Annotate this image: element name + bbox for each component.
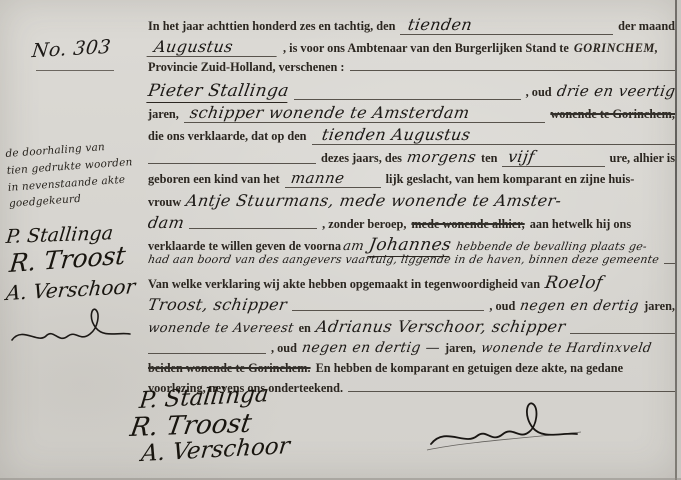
- body-line-8: geboren een kind van het manne lijk gesl…: [148, 170, 675, 188]
- entry-witness2-age: negen en dertig —: [301, 340, 442, 356]
- printed-text: , oud: [526, 85, 552, 99]
- blank-line: [348, 389, 675, 392]
- blank-line: [350, 68, 675, 71]
- printed-text: vrouw: [148, 195, 181, 209]
- printed-text: Provincie Zuid-Holland, verschenen :: [148, 60, 345, 74]
- municipality-name: GORINCHEM,: [574, 41, 659, 55]
- printed-text: der maand: [618, 19, 675, 33]
- blank-line: [294, 97, 521, 100]
- printed-text: jaren,: [148, 107, 179, 121]
- entry-witness1-age: negen en dertig: [519, 298, 640, 314]
- margin-signature-verschoor: A. Verschoor: [5, 274, 137, 305]
- body-line-7: dezes jaars, des morgens ten vijf ure, a…: [148, 148, 675, 167]
- body-line-12: had aan boord van des aangevers vaartuig…: [148, 254, 675, 267]
- gender-blank: manne: [285, 170, 381, 188]
- act-number: No. 303: [31, 36, 112, 62]
- blank-line: [148, 351, 266, 354]
- printed-text: Van welke verklaring wij akte hebben opg…: [148, 277, 540, 291]
- body-line-2: Augustus , is voor ons Ambtenaar van den…: [148, 38, 675, 57]
- entry-act-day: tienden: [399, 16, 482, 34]
- entry-witness1-residence: wonende te Avereest: [147, 322, 295, 337]
- body-line-9: vrouw Antje Stuurmans, mede wonende te A…: [148, 192, 675, 210]
- registrar-signature-flourish: [425, 398, 585, 456]
- body-line-6: die ons verklaarde, dat op den tienden A…: [148, 126, 675, 145]
- entry-mother-name-residence: Antje Stuurmans, mede wonende te Amster-: [185, 192, 563, 210]
- date-day-blank: tienden: [400, 16, 613, 35]
- blank-line: [189, 226, 317, 229]
- body-line-13: Van welke verklaring wij akte hebben opg…: [148, 274, 675, 294]
- entry-birth-date: tienden Augustus: [310, 126, 471, 144]
- occupation-residence-blank: schipper wonende te Amsterdam: [184, 104, 545, 123]
- printed-text: geboren een kind van het: [148, 172, 280, 186]
- struck-printed-text: beiden wonende te Gorinchem.: [148, 361, 311, 375]
- margin-note: de doorhaling van tien gedrukte woorden …: [5, 137, 135, 213]
- entry-time-of-day: morgens: [406, 149, 478, 166]
- entry-witness1-surname-occupation: Troost, schipper: [147, 296, 289, 314]
- body-line-3: Provincie Zuid-Holland, verschenen :: [148, 60, 675, 74]
- margin-registrar-signature-flourish: [8, 304, 138, 350]
- entry-hour: vijf: [501, 148, 537, 166]
- scan-edge-line: [675, 0, 677, 480]
- printed-text: ten: [481, 151, 497, 165]
- body-line-14: Troost, schipper , oud negen en dertig j…: [148, 296, 675, 314]
- printed-text: aan hetwelk hij ons: [530, 217, 631, 231]
- printed-text: jaren,: [445, 341, 476, 355]
- body-line-5: jaren, schipper wonende te Amsterdam won…: [148, 104, 675, 123]
- blank-line: [570, 331, 675, 334]
- printed-text: , zonder beroep,: [322, 217, 406, 231]
- printed-text: die ons verklaarde, dat op den: [148, 129, 307, 143]
- entry-act-month: Augustus: [146, 38, 279, 57]
- hour-blank: vijf: [502, 148, 604, 167]
- entry-declarant-occupation-residence: schipper wonende te Amsterdam: [182, 104, 470, 122]
- struck-printed-text: mede wonende alhier,: [411, 217, 524, 231]
- scan-edge-light: [677, 0, 681, 480]
- body-line-15: wonende te Avereest en Adrianus Verschoo…: [148, 318, 675, 337]
- birth-certificate-scan: No. 303 de doorhaling van tien gedrukte …: [0, 0, 681, 480]
- printed-text: en: [299, 321, 311, 335]
- printed-text: lijk geslacht, van hem komparant en zijn…: [386, 172, 635, 186]
- body-line-10: dam , zonder beroep, mede wonende alhier…: [148, 214, 675, 232]
- struck-printed-text: wonende te Gorinchem,: [550, 107, 675, 121]
- body-line-1: In het jaar achttien honderd zes en tach…: [148, 16, 675, 38]
- entry-birth-location-note-2: had aan boord van des aangevers vaartuig…: [147, 254, 660, 267]
- entry-witness2-residence: wonende te Hardinxveld: [480, 342, 653, 357]
- blank-line: [664, 261, 675, 264]
- body-line-4: Pieter Stallinga , oud drie en veertig: [148, 82, 675, 103]
- blank-line: [292, 308, 484, 311]
- entry-gender: manne: [283, 170, 345, 187]
- printed-text: In het jaar achttien honderd zes en tach…: [148, 19, 395, 33]
- entry-declarant-name: Pieter Stallinga: [146, 82, 290, 103]
- entry-mother-residence-cont: dam: [147, 214, 186, 232]
- birth-date-blank: tienden Augustus: [312, 126, 675, 145]
- printed-text: , is voor ons Ambtenaar van den Burgerli…: [283, 41, 569, 55]
- blank-line: [148, 161, 316, 164]
- act-number-underline: [36, 70, 114, 71]
- body-line-17: beiden wonende te Gorinchem. En hebben d…: [148, 361, 675, 375]
- entry-birth-location-note-1: hebbende de bevalling plaats ge-: [455, 241, 648, 254]
- printed-text: , oud: [271, 341, 297, 355]
- body-line-16: , oud negen en dertig — jaren, wonende t…: [148, 340, 675, 357]
- printed-text: En hebben de komparant en getuigen deze …: [316, 361, 623, 375]
- printed-text: , oud: [489, 299, 515, 313]
- printed-text: dezes jaars, des: [321, 151, 402, 165]
- printed-text: ure, alhier is: [610, 151, 675, 165]
- printed-text: verklaarde te willen geven de voorna: [148, 239, 341, 253]
- entry-witness2-name-occupation: Adrianus Verschoor, schipper: [314, 318, 566, 336]
- printed-text: jaren,: [644, 299, 675, 313]
- entry-declarant-age: drie en veertig: [555, 83, 676, 100]
- entry-witness1-firstname: Roelof: [543, 274, 604, 294]
